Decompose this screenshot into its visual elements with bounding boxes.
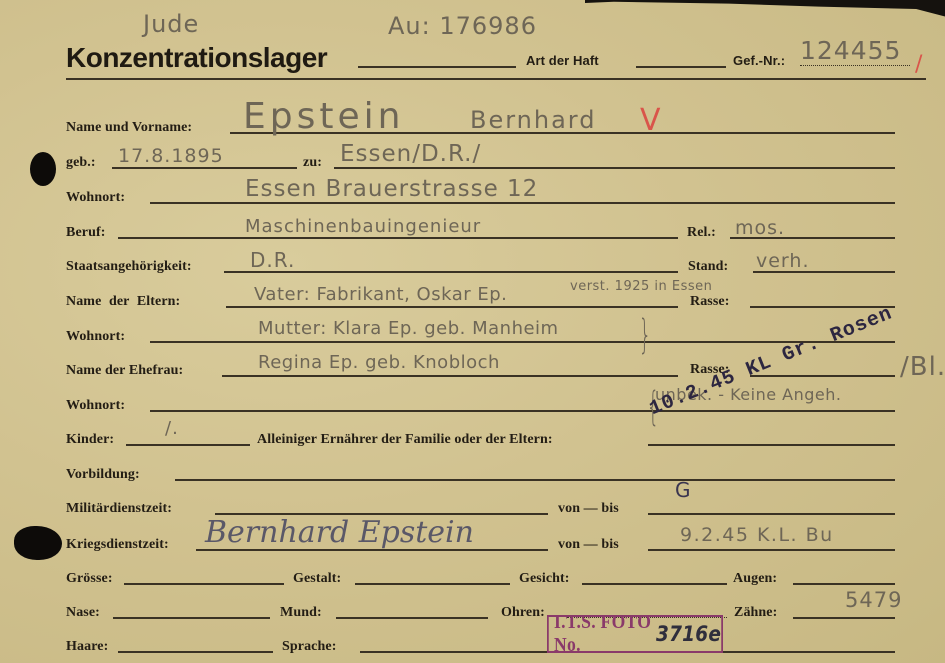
rule <box>226 306 678 308</box>
au-number: Au: 176986 <box>388 12 537 40</box>
wohnort-label: Wohnort: <box>66 190 125 206</box>
foto-stamp-label: I.T.S. FOTO No. <box>554 611 654 657</box>
geb-value: 17.8.1895 <box>118 145 224 167</box>
rule <box>150 341 895 343</box>
rel-value: mos. <box>735 217 785 239</box>
rule <box>648 513 895 515</box>
eltern-note: verst. 1925 in Essen <box>570 279 712 294</box>
kinder-value: /. <box>165 418 179 439</box>
stand-label: Stand: <box>688 259 728 275</box>
ehefrau-value: Regina Ep. geb. Knobloch <box>258 352 500 373</box>
zaehne-value: 5479 <box>845 588 902 612</box>
red-check-mark: / <box>915 52 922 77</box>
art-der-haft-label: Art der Haft <box>526 53 599 68</box>
rasse-label-1: Rasse: <box>690 294 729 310</box>
staatsangehoerigkeit-label: Staatsangehörigkeit: <box>66 259 192 275</box>
brace: } <box>639 312 652 358</box>
staatsangehoerigkeit-value: D.R. <box>250 248 295 272</box>
rule <box>118 651 273 653</box>
rule <box>648 444 895 446</box>
augen-label: Augen: <box>733 571 777 587</box>
geb-label: geb.: <box>66 155 96 171</box>
rule <box>334 167 895 169</box>
rule <box>113 617 270 619</box>
rule <box>648 549 895 551</box>
rule <box>126 444 250 446</box>
krieg-label: Kriegsdienstzeit: <box>66 537 169 553</box>
rule <box>636 66 726 68</box>
surname-value: Epstein <box>243 96 404 137</box>
transfer-initials: /Bl. <box>900 352 945 382</box>
krieg-von-bis-label: von — bis <box>558 537 619 553</box>
rule <box>150 202 895 204</box>
zu-value: Essen/D.R./ <box>340 141 481 167</box>
punch-hole <box>14 526 62 560</box>
eltern-value: Vater: Fabrikant, Oskar Ep. <box>254 284 507 305</box>
ehefrau-wohnort-label: Wohnort: <box>66 398 125 414</box>
wohnort-value: Essen Brauerstrasse 12 <box>245 176 538 202</box>
firstname-value: Bernhard <box>470 106 596 134</box>
its-foto-stamp: I.T.S. FOTO No. 3716e <box>547 615 723 653</box>
header-rule <box>66 78 926 80</box>
zaehne-label: Zähne: <box>734 605 777 621</box>
militaer-label: Militärdienstzeit: <box>66 501 172 517</box>
rule <box>222 375 678 377</box>
signature: Bernhard Epstein <box>205 515 474 550</box>
ehefrau-label: Name der Ehefrau: <box>66 363 183 379</box>
eltern-wohnort-label: Wohnort: <box>66 329 125 345</box>
top-note: Jude <box>143 10 199 38</box>
beruf-value: Maschinenbauingenieur <box>245 216 481 237</box>
gesicht-label: Gesicht: <box>519 571 570 587</box>
rule <box>336 617 488 619</box>
mund-label: Mund: <box>280 605 322 621</box>
rule <box>793 583 895 585</box>
small-mark: G <box>675 478 692 502</box>
rule <box>793 617 895 619</box>
rel-label: Rel.: <box>687 225 716 241</box>
sprache-label: Sprache: <box>282 639 336 655</box>
foto-stamp-number: 3716e <box>656 622 721 646</box>
groesse-label: Grösse: <box>66 571 113 587</box>
vorbildung-label: Vorbildung: <box>66 467 140 483</box>
form-title: Konzentrationslager <box>66 42 327 74</box>
gef-nr-label: Gef.-Nr.: <box>733 53 785 68</box>
eltern-wohnort-value: Mutter: Klara Ep. geb. Manheim <box>258 318 559 339</box>
militaer-von-bis-label: von — bis <box>558 501 619 517</box>
gestalt-label: Gestalt: <box>293 571 341 587</box>
torn-corner <box>585 0 945 30</box>
check-mark: V <box>640 103 661 138</box>
rule <box>150 410 895 412</box>
rule <box>582 583 727 585</box>
haare-label: Haare: <box>66 639 108 655</box>
rule <box>124 583 284 585</box>
gef-nr-value: 124455 <box>800 36 901 65</box>
ohren-label: Ohren: <box>501 605 545 621</box>
rule <box>800 65 910 66</box>
nase-label: Nase: <box>66 605 100 621</box>
krieg-value: 9.2.45 K.L. Bu <box>680 524 834 546</box>
prisoner-registration-card: Jude Au: 176986 Konzentrationslager Art … <box>0 0 945 663</box>
ernaehrer-label: Alleiniger Ernährer der Familie oder der… <box>257 432 553 448</box>
eltern-label: Name der Eltern: <box>66 294 180 310</box>
punch-hole <box>30 152 56 186</box>
beruf-label: Beruf: <box>66 225 105 241</box>
zu-label: zu: <box>303 155 322 171</box>
rule <box>750 375 895 377</box>
rule <box>358 66 516 68</box>
rule <box>118 237 678 239</box>
rule <box>175 479 895 481</box>
stand-value: verh. <box>756 250 810 272</box>
name-label: Name und Vorname: <box>66 120 192 136</box>
kinder-label: Kinder: <box>66 432 114 448</box>
rule <box>112 167 297 169</box>
rule <box>355 583 510 585</box>
